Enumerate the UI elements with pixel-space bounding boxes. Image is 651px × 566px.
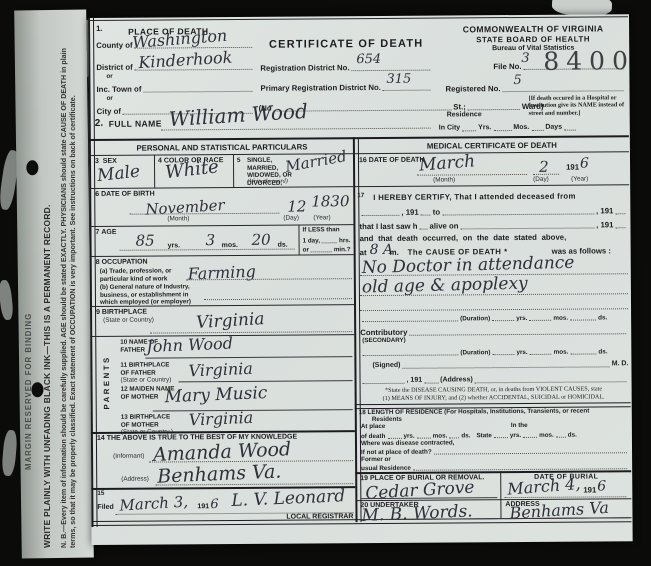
parents-vertical-label: PARENTS: [102, 342, 112, 422]
dotted-leader: [120, 239, 295, 251]
dob-month-caption: (Month): [167, 215, 189, 222]
age-label: AGE: [101, 229, 116, 236]
signed-date-191: , 191: [407, 376, 423, 385]
residence-mos-label: Mos.: [513, 123, 529, 132]
dob-label: DATE OF BIRTH: [101, 191, 155, 198]
dotted-leader: [570, 351, 596, 354]
signature-line: [504, 507, 629, 519]
personal-section-title: PERSONAL AND STATISTICAL PARTICULARS: [91, 142, 353, 153]
contributory-label: Contributory: [360, 328, 407, 337]
duration-mos: mos.: [553, 314, 568, 322]
dotted-leader: [564, 128, 576, 131]
race-number: 4: [158, 157, 162, 164]
signature-line: [359, 508, 497, 520]
or-word: or: [106, 73, 112, 81]
dotted-leader: [468, 107, 520, 110]
dotted-leader: [492, 318, 514, 321]
dotted-leader: [129, 201, 279, 215]
burial-number: 19: [360, 475, 368, 482]
dod-year-printed: 191: [566, 163, 579, 172]
filed-label: Filed: [97, 504, 113, 513]
if-less-or: or: [303, 246, 309, 254]
registration-district-label: Registration District No.: [260, 63, 349, 73]
duration-ds: ds.: [598, 314, 607, 322]
residence-label18: LENGTH OF RESIDENCE (For Hospitals, Inst…: [368, 408, 590, 417]
dotted-leader: [529, 318, 551, 321]
dotted-leader: [360, 283, 628, 296]
dod-year-hand: 6: [580, 156, 589, 172]
dotted-leader: [363, 381, 405, 384]
dotted-leader: [504, 486, 626, 498]
if-less-line2: 1 day,: [303, 237, 320, 245]
dotted-leader: [475, 379, 627, 383]
footnote-line2: (1) MEANS OF INJURY; and (2) whether ACC…: [359, 393, 629, 402]
dotted-leader: [204, 288, 352, 300]
m-label: m.: [390, 248, 399, 257]
dotted-leader: [362, 352, 458, 356]
dotted-leader: [352, 68, 431, 72]
margin-reserved-note: MARGIN RESERVED FOR BINDING: [24, 140, 33, 470]
dotted-leader: [143, 89, 252, 93]
father-number: 10: [120, 339, 127, 346]
birthplace-number: 9: [96, 309, 100, 316]
dotted-leader: [533, 164, 559, 175]
dod-number: 16: [359, 157, 367, 164]
dod-label: DATE OF DEATH: [369, 157, 425, 164]
torn-paper-fragment: [1, 430, 18, 477]
father-bp-caption: (State or Country): [121, 376, 172, 383]
dod-month-caption: (Month): [433, 176, 455, 183]
city-label: City of: [97, 107, 121, 116]
certify-number: 17: [357, 192, 364, 200]
if-less-hrs: hrs.: [339, 237, 351, 245]
dotted-leader: [462, 128, 476, 131]
dotted-leader: [434, 450, 627, 454]
dotted-leader: [150, 321, 352, 333]
street-label: St.;: [453, 102, 466, 111]
birthplace-label: BIRTHPLACE: [102, 309, 147, 316]
res-mos: mos.: [433, 432, 448, 440]
occupation-a-label: (a) Trade, profession, or particular kin…: [100, 267, 186, 283]
dotted-leader: [387, 436, 401, 439]
file-no-label: File No.: [493, 62, 521, 71]
dotted-leader: [492, 352, 514, 355]
residence-yrs-label: Yrs.: [478, 124, 491, 133]
row-divider: [353, 184, 629, 187]
dotted-leader: [523, 435, 537, 438]
sex-number: 3: [95, 158, 99, 165]
race-value: White: [164, 156, 220, 183]
res-ds: ds.: [461, 432, 470, 440]
row-divider: [89, 186, 353, 189]
file-no-handwritten: 3: [521, 51, 529, 66]
certify-text: I HEREBY CERTIFY, That I attended deceas…: [373, 192, 575, 202]
birthplace-caption: (State or Country): [103, 317, 154, 324]
cell-divider: [298, 225, 299, 255]
mother-bp-label: BIRTHPLACE OF MOTHER: [121, 413, 170, 428]
registration-district-value: 654: [356, 52, 381, 67]
dotted-leader: [322, 240, 337, 243]
dotted-leader: [461, 225, 595, 229]
commonwealth-title: COMMONWEALTH OF VIRGINIA: [440, 23, 626, 34]
item-1-number: 1.: [96, 24, 103, 33]
res-state-mos: mos.: [539, 431, 554, 439]
dob-year-caption: (Year): [313, 214, 330, 221]
state-label: State: [476, 432, 491, 440]
dotted-leader: [421, 213, 431, 216]
dob-day-caption: (Day): [283, 215, 299, 222]
duration2-ds: ds.: [598, 348, 607, 356]
age-number: 7: [95, 229, 99, 236]
secondary-label: (SECONDARY): [362, 337, 405, 345]
nb-instructions-note: N. B.—Every item of information should b…: [60, 30, 78, 548]
duration-label: (Duration): [460, 315, 490, 323]
signed-address-label: (Address): [440, 376, 473, 385]
certify-to: to: [433, 208, 440, 217]
mother-value: Mary Music: [164, 383, 267, 407]
dotted-leader: [420, 227, 428, 230]
dotted-leader: [362, 318, 458, 322]
registered-no-value: 5: [513, 73, 521, 88]
registered-no-label: Registered No.: [445, 84, 500, 93]
father-value: John Wood: [146, 333, 233, 356]
dotted-leader: [402, 364, 609, 368]
marital-write-word-caption: (Write the word): [247, 178, 288, 186]
dotted-leader: [383, 88, 431, 91]
primary-registration-label: Primary Registration District No.: [260, 83, 381, 93]
truth-number: 14: [97, 435, 105, 442]
dod-day-caption: (Day): [533, 176, 549, 183]
dotted-leader: [360, 298, 628, 311]
duration-yrs: yrs.: [516, 314, 527, 322]
death-occurred-text: and that death occurred, on the date sta…: [360, 232, 628, 243]
md-label: M. D.: [612, 360, 629, 369]
signature-line: [361, 487, 497, 499]
res-state-yrs: yrs.: [510, 431, 521, 439]
certificate-paper: 1. PLACE OF DEATH. County of Washington …: [88, 14, 633, 545]
dotted-leader: [442, 211, 594, 215]
mother-number: 12: [121, 386, 128, 393]
certificate-title: CERTIFICATE OF DEATH: [256, 38, 436, 51]
burial-cell-divider: [500, 471, 501, 519]
frame-top-border: [88, 16, 628, 21]
dod-year-caption: (Year): [571, 176, 588, 183]
marital-number: 5: [237, 157, 245, 165]
at-label: at: [360, 248, 367, 257]
in-city-label: In City: [439, 124, 460, 133]
cell-divider: [154, 155, 155, 188]
lastsaw-alive-on: alive on: [429, 221, 458, 230]
residence-label: Residence: [447, 111, 482, 120]
res-state-ds: ds.: [568, 431, 577, 439]
filed-number: 15: [97, 490, 104, 498]
write-plainly-note: WRITE PLAINLY WITH UNFADING BLACK INK—TH…: [42, 28, 52, 548]
dotted-leader: [570, 317, 596, 320]
father-bp-label: BIRTHPLACE OF FATHER: [120, 361, 169, 376]
dotted-leader: [503, 88, 624, 92]
dotted-leader: [615, 211, 625, 214]
dotted-leader: [361, 213, 399, 216]
local-registrar-label: LOCAL REGISTRAR: [241, 513, 353, 522]
dotted-leader: [556, 435, 566, 438]
informant-label: (Informant): [113, 453, 144, 460]
state-board-title: STATE BOARD OF HEALTH: [440, 34, 626, 44]
primary-registration-value: 315: [386, 72, 411, 87]
dob-number: 6: [95, 191, 99, 198]
father-bp-number: 11: [120, 362, 127, 369]
dotted-leader: [161, 116, 431, 131]
certify-191-b: , 191: [596, 206, 613, 215]
if-less-line1: If LESS than: [302, 226, 339, 234]
dob-year-value: 1830: [311, 192, 349, 210]
res-yrs: yrs.: [403, 432, 414, 440]
if-less-min: min.?: [334, 246, 351, 254]
torn-paper-fragment: [0, 279, 14, 320]
lastsaw-text: that I last saw h: [359, 222, 417, 231]
dob-day-value: 12: [287, 197, 306, 215]
duration2-label: (Duration): [460, 349, 490, 357]
lastsaw-191: , 191: [596, 220, 613, 229]
occupation-label: OCCUPATION: [102, 259, 148, 266]
signed-label: (Signed): [372, 361, 400, 370]
sex-value: Male: [96, 161, 141, 186]
cell-divider: [233, 154, 234, 187]
dotted-leader: [493, 128, 511, 131]
occupation-b-label: (b) General nature of Industry, business…: [100, 283, 204, 306]
contracted-line2: If not at place of death?: [361, 448, 432, 456]
duration2-mos: mos.: [554, 348, 569, 356]
residence-number: 18: [359, 409, 366, 416]
medical-section-title: MEDICAL CERTIFICATE OF DEATH: [357, 140, 627, 151]
scanned-death-certificate-photo: MARGIN RESERVED FOR BINDING WRITE PLAINL…: [0, 0, 651, 566]
county-label: County of: [96, 41, 132, 50]
dotted-leader: [530, 352, 552, 355]
inc-town-label: Inc. Town of: [96, 85, 141, 94]
hospital-instruction-note: [If death occured in a Hospital or Insti…: [529, 94, 627, 117]
dotted-leader: [417, 436, 431, 439]
dotted-leader: [494, 435, 508, 438]
certify-191-a: , 191: [401, 208, 418, 217]
father-bp-value: Virginia: [188, 359, 253, 381]
dotted-leader: [449, 435, 459, 438]
occupation-number: 8: [96, 259, 100, 266]
informant-address-label: (Address): [121, 476, 149, 483]
dotted-leader: [186, 268, 352, 280]
row-divider: [90, 254, 354, 257]
dotted-leader: [311, 249, 332, 252]
dotted-leader: [531, 128, 543, 131]
duration2-yrs: yrs.: [516, 348, 527, 356]
dotted-leader: [409, 331, 626, 336]
dotted-leader: [155, 473, 353, 485]
dotted-leader: [615, 225, 625, 228]
dotted-leader: [424, 381, 438, 384]
file-no-stamp: 8400: [543, 46, 635, 76]
district-label: District of: [96, 63, 132, 72]
full-name-label: FULL NAME: [109, 118, 162, 128]
dotted-leader: [417, 164, 527, 176]
item-2-number: 2.: [95, 118, 103, 129]
mother-bp-value: Virginia: [188, 408, 253, 430]
mother-bp-number: 13: [121, 414, 128, 421]
or-word: or: [107, 95, 113, 103]
residence-days-label: Days: [545, 123, 562, 132]
